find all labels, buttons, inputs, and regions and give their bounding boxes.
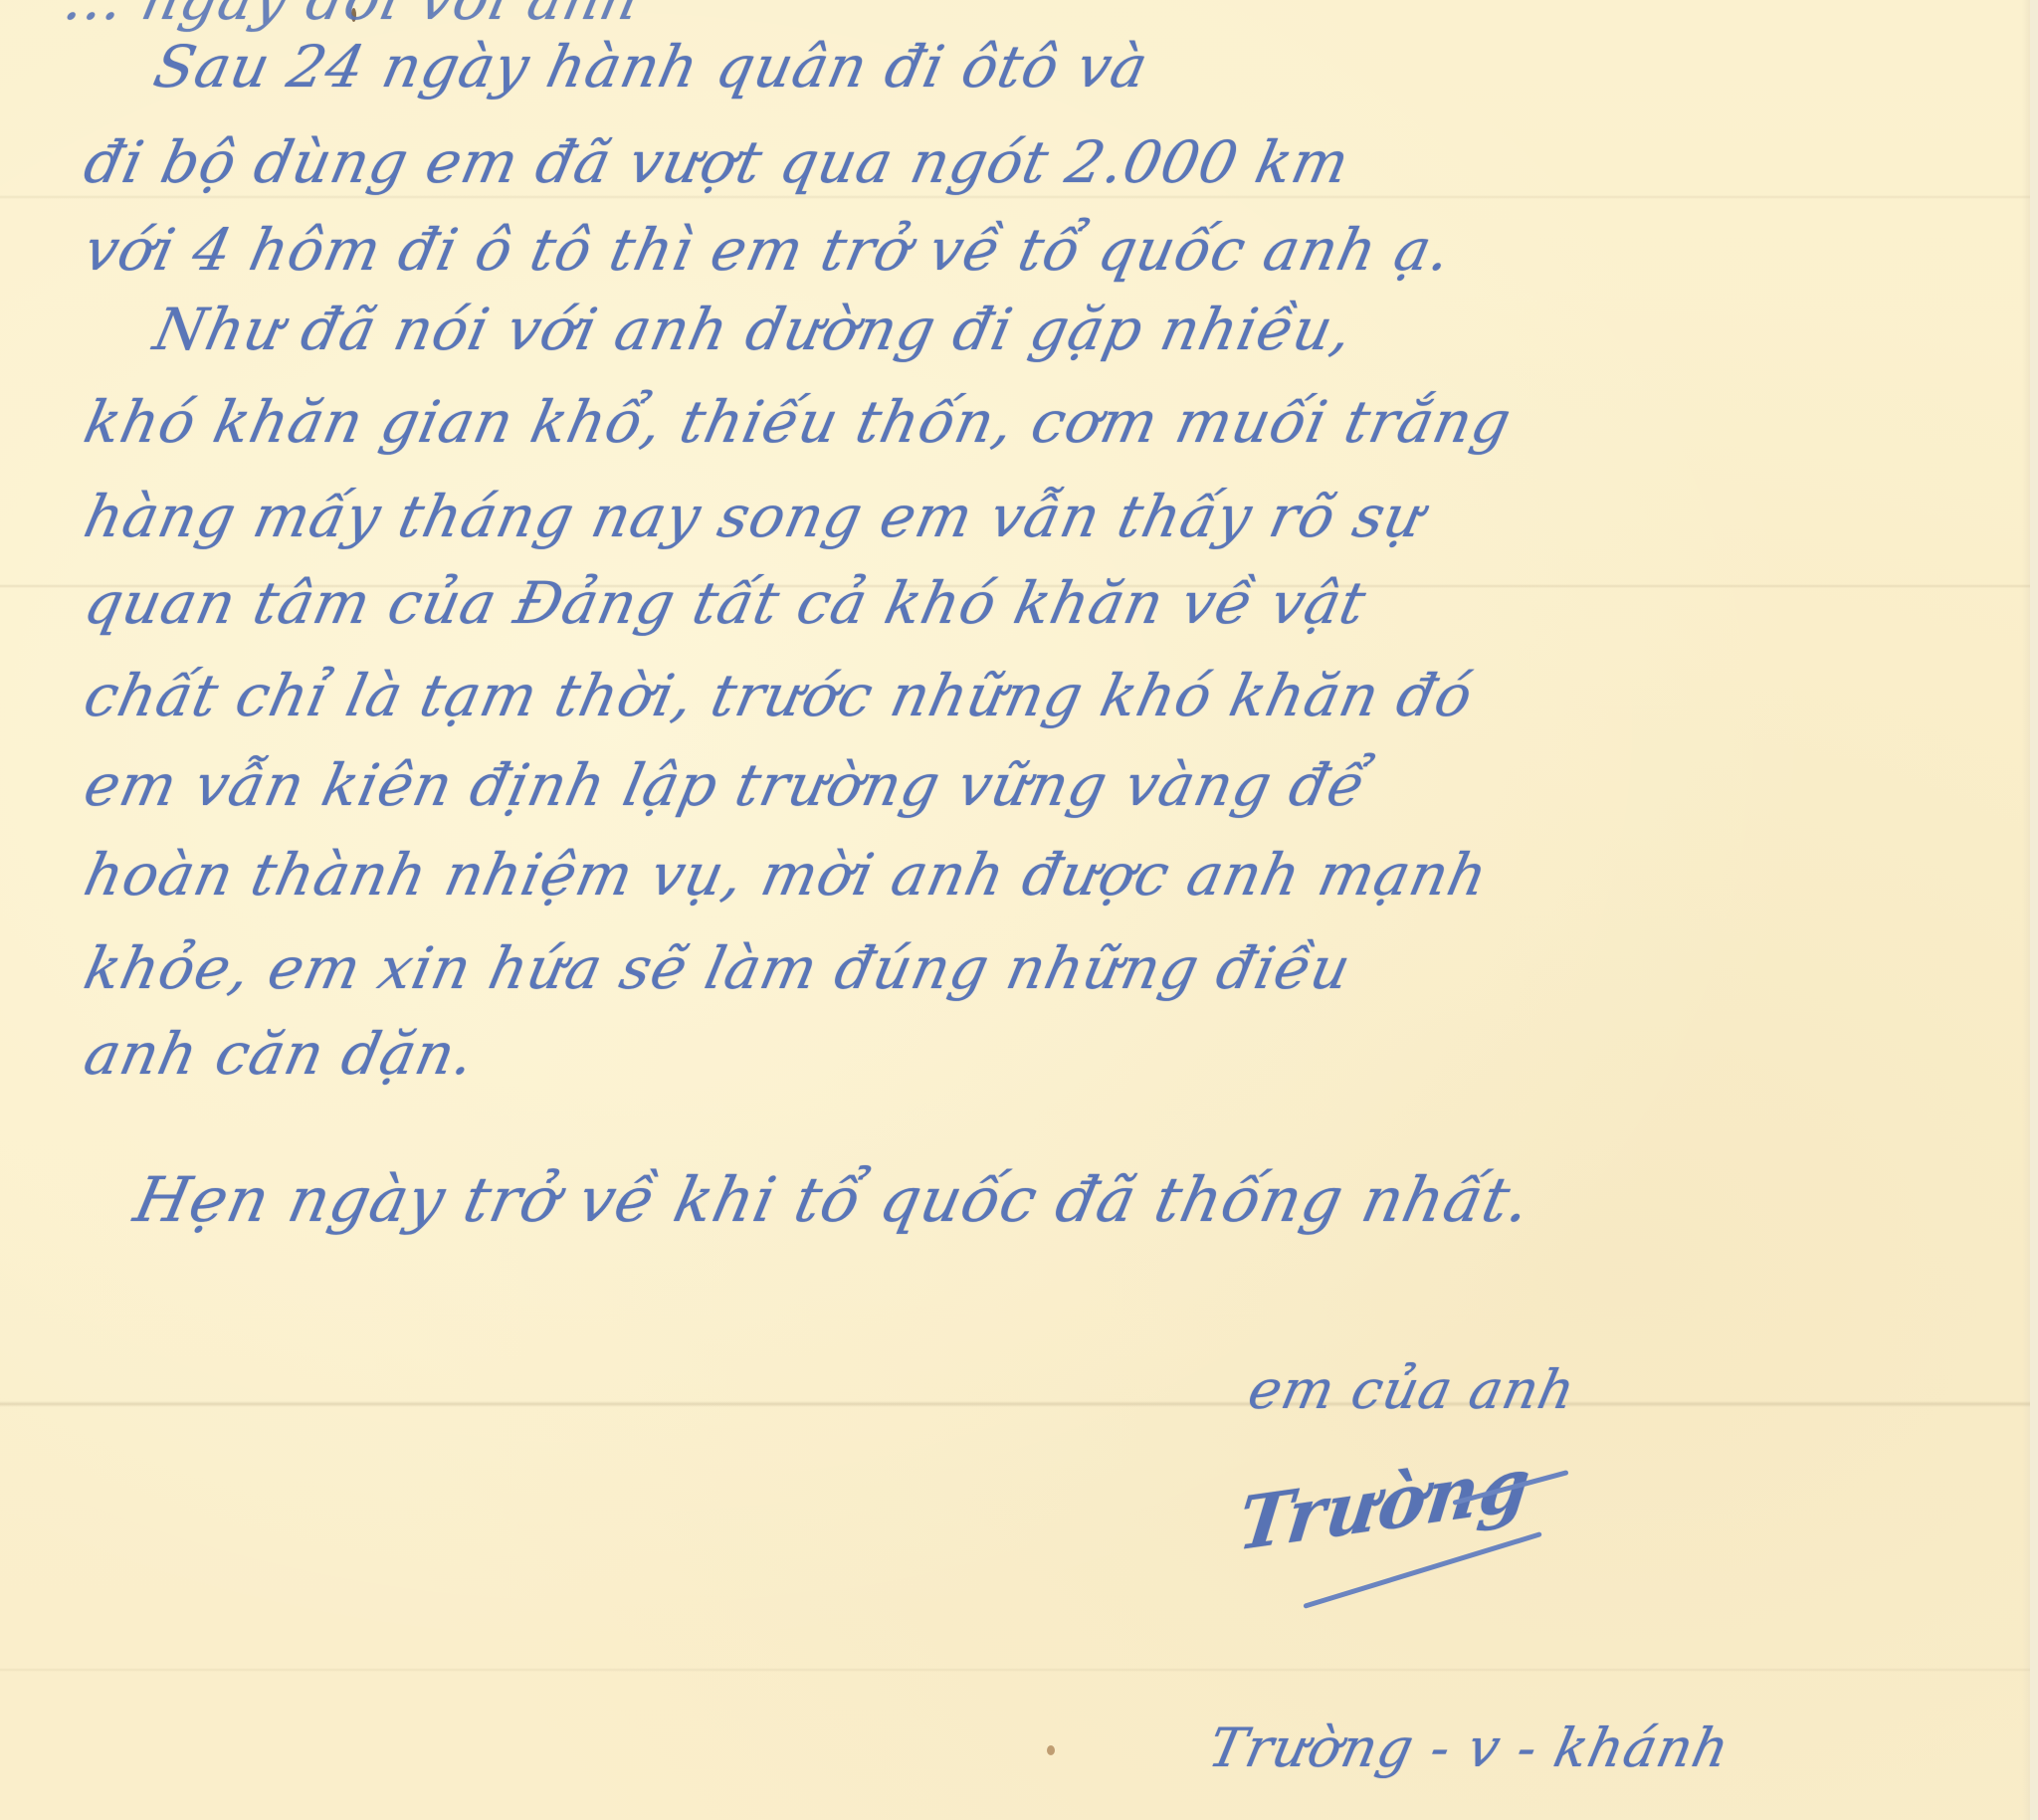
printed-name: Trường - v - khánh: [1204, 1721, 1734, 1775]
paper-fold-line: [0, 1401, 2030, 1407]
paper-fold-line: [0, 1668, 2030, 1672]
letter-line: quan tâm của Đảng tất cả khó khăn về vật: [80, 574, 1371, 632]
letter-line: Như đã nói với anh dường đi gặp nhiều,: [149, 301, 1357, 358]
paper-edge: [2022, 0, 2030, 1820]
letter-line: anh căn dặn.: [80, 1025, 480, 1083]
letter-line: hoàn thành nhiệm vụ, mời anh được anh mạ…: [80, 846, 1493, 904]
letter-line: với 4 hôm đi ô tô thì em trở về tổ quốc …: [80, 221, 1457, 279]
letter-line: chất chỉ là tạm thời, trước những khó kh…: [80, 667, 1478, 724]
letter-line: em vẫn kiên định lập trường vững vàng để: [80, 756, 1371, 814]
letter-line: Sau 24 ngày hành quân đi ôtô và: [149, 38, 1153, 96]
letter-line: hàng mấy tháng nay song em vẫn thấy rõ s…: [80, 488, 1429, 545]
letter-line: khỏe, em xin hứa sẽ làm đúng những điều: [80, 939, 1356, 997]
letter-line: đi bộ dùng em đã vượt qua ngót 2.000 km: [80, 133, 1354, 191]
letter-partial-line: ... ngày đối với anh: [60, 0, 647, 28]
paper-stain: [1047, 1745, 1055, 1755]
letter-page: ... ngày đối với anh Sau 24 ngày hành qu…: [0, 0, 2030, 1820]
letter-sign-off: em của anh: [1244, 1363, 1580, 1417]
letter-line: khó khăn gian khổ, thiếu thốn, cơm muối …: [80, 393, 1517, 451]
letter-closing: Hẹn ngày trở về khi tổ quốc đã thống nhấ…: [129, 1169, 1536, 1231]
